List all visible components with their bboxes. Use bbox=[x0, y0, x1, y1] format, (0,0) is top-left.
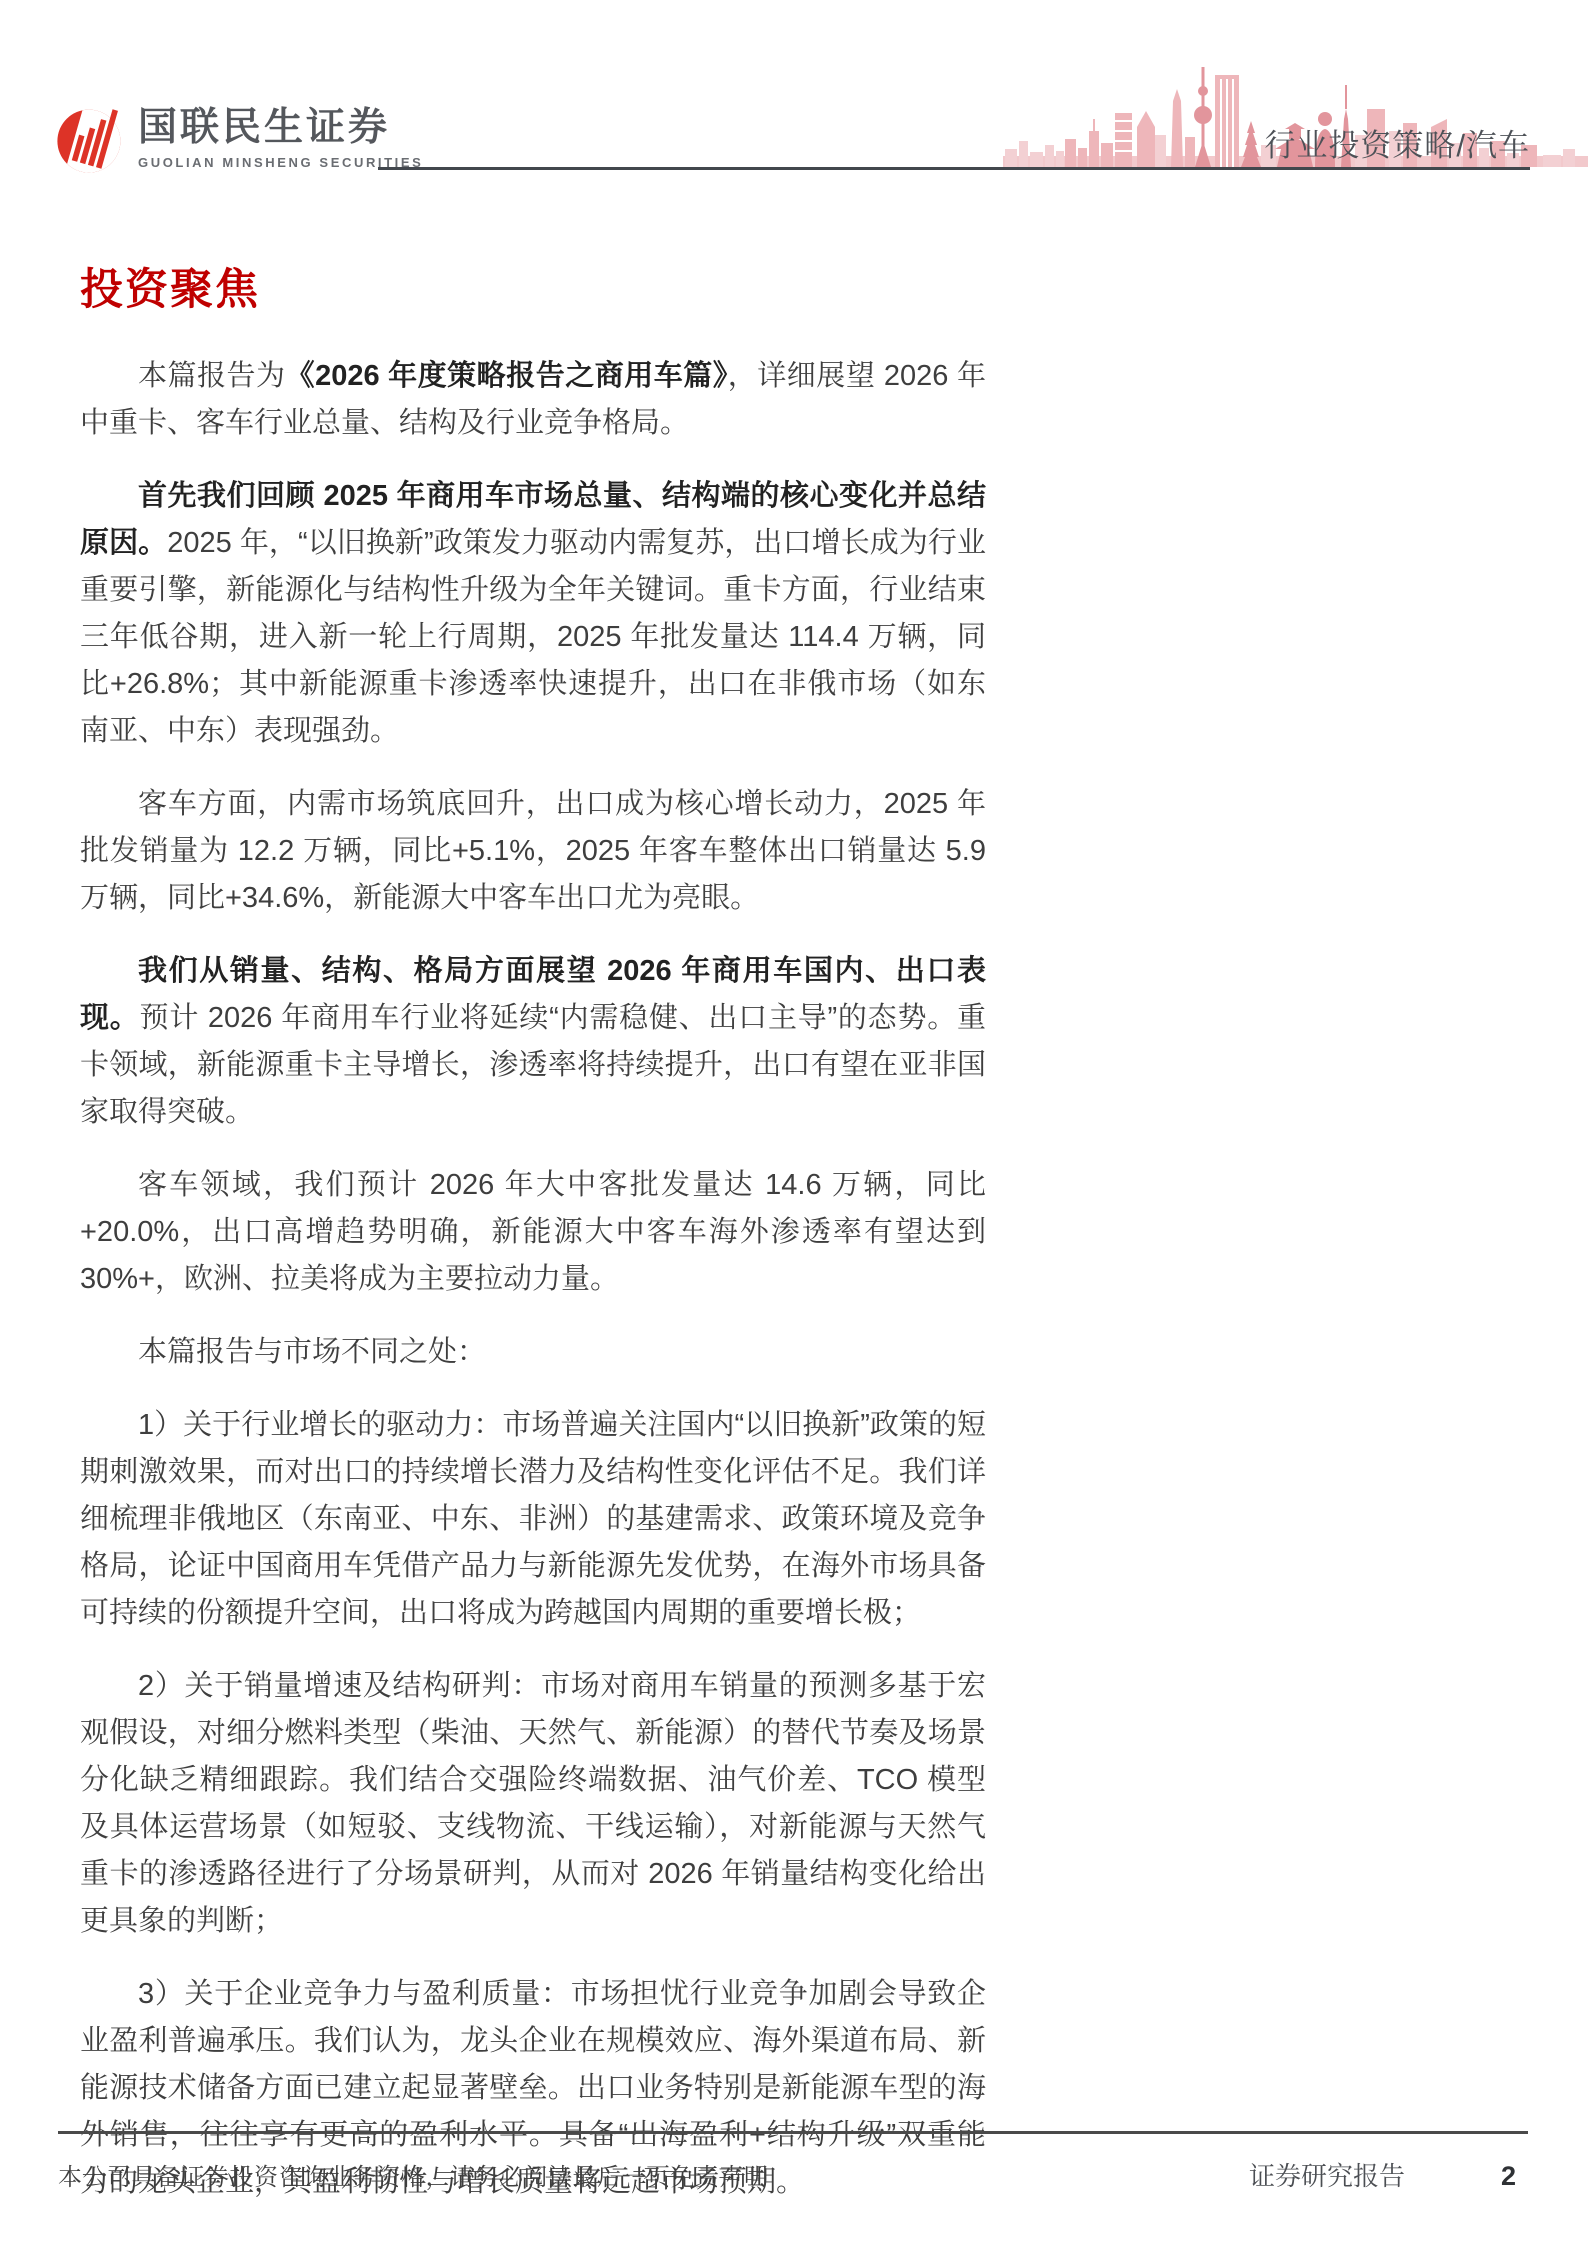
paragraph: 1）关于行业增长的驱动力：市场普遍关注国内“以旧换新”政策的短期刺激效果，而对出… bbox=[80, 1402, 986, 1637]
footer-divider bbox=[58, 2131, 1528, 2134]
paragraph: 本篇报告为《2026 年度策略报告之商用车篇》，详细展望 2026 年中重卡、客… bbox=[80, 353, 986, 447]
report-page: 国联民生证券 GUOLIAN MINSHENG SECURITIES bbox=[0, 0, 1588, 2245]
company-logo: 国联民生证券 GUOLIAN MINSHENG SECURITIES bbox=[56, 104, 423, 174]
company-logo-icon bbox=[56, 104, 126, 174]
paragraph: 本篇报告与市场不同之处： bbox=[80, 1329, 986, 1376]
section-title: 投资聚焦 bbox=[80, 256, 986, 317]
paragraph: 客车领域，我们预计 2026 年大中客批发量达 14.6 万辆，同比+20.0%… bbox=[80, 1162, 986, 1303]
page-footer: 本公司具备证券投资咨询业务资格，请务必阅读最后一页免责声明 证券研究报告 2 bbox=[58, 2156, 1528, 2193]
paragraph: 首先我们回顾 2025 年商用车市场总量、结构端的核心变化并总结原因。2025 … bbox=[80, 473, 986, 755]
header-divider bbox=[378, 167, 1530, 170]
paragraph: 我们从销量、结构、格局方面展望 2026 年商用车国内、出口表现。预计 2026… bbox=[80, 948, 986, 1136]
report-body: 投资聚焦 本篇报告为《2026 年度策略报告之商用车篇》，详细展望 2026 年… bbox=[80, 256, 986, 2232]
footer-page-number: 2 bbox=[1501, 2161, 1528, 2192]
company-name-cn: 国联民生证券 bbox=[138, 108, 423, 149]
header-category-label: 行业投资策略/汽车 bbox=[1264, 120, 1530, 165]
company-logo-text: 国联民生证券 GUOLIAN MINSHENG SECURITIES bbox=[138, 104, 423, 170]
footer-disclaimer: 本公司具备证券投资咨询业务资格，请务必阅读最后一页免责声明 bbox=[58, 2157, 769, 2192]
footer-report-type: 证券研究报告 bbox=[1249, 2156, 1405, 2193]
footer-right: 证券研究报告 2 bbox=[1249, 2156, 1528, 2193]
paragraph: 客车方面，内需市场筑底回升，出口成为核心增长动力，2025 年批发销量为 12.… bbox=[80, 781, 986, 922]
paragraph: 2）关于销量增速及结构研判：市场对商用车销量的预测多基于宏观假设，对细分燃料类型… bbox=[80, 1663, 986, 1945]
report-paragraphs: 本篇报告为《2026 年度策略报告之商用车篇》，详细展望 2026 年中重卡、客… bbox=[80, 353, 986, 2206]
page-header: 国联民生证券 GUOLIAN MINSHENG SECURITIES bbox=[0, 0, 1588, 170]
